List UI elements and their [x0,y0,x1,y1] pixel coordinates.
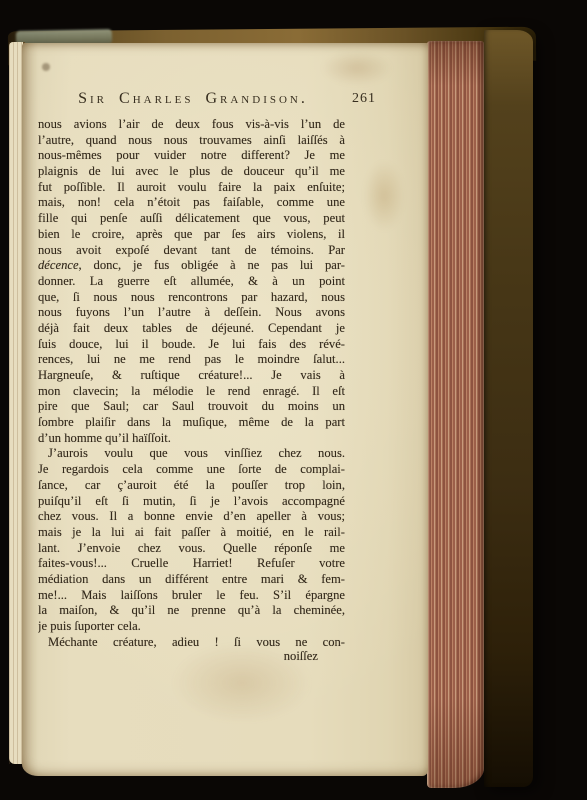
text-line: ſance, car ç’auroit été la pouſſer trop … [38,478,345,494]
text-line: décence, donc, je fus obligée à ne pas l… [38,258,345,274]
text-line: ſombre plaiſir dans la muſique, même de … [38,415,345,431]
catchword: noiſſez [38,649,318,665]
text-line: je puis ſuporter cela. [38,619,345,635]
book-page: Sir Charles Grandison. 261 nous avions l… [22,43,428,776]
text-line: d’un homme qu’il haïſſoit. [38,431,345,447]
text-line: rences, lui ne me rend pas le moindre ſa… [38,352,345,368]
text-block: nous avions l’air de deux fous vis-à-vis… [38,117,345,650]
text-line: Hargneuſe, & ruſtique créature!... Je va… [38,368,345,384]
text-line: mais je la lui ai fait paſſer à moitié, … [38,525,345,541]
page-stain [42,63,50,71]
text-line: l’autre, quand nous nous trouvames ainſi… [38,133,345,149]
text-line: puiſqu’il eſt ſi mutin, ſi je l’avois ac… [38,494,345,510]
text-line: ſuis douce, lui il boude. Je lui fais de… [38,337,345,353]
text-line: mais, non! cela n’étoit pas faiſable, co… [38,195,345,211]
text-line: déjà fait deux tables de déjeuné. Cepend… [38,321,345,337]
text-line: médiation dans un différent entre mari &… [38,572,345,588]
text-line: nous-mêmes pour vuider notre different? … [38,148,345,164]
text-line: nous avions l’air de deux fous vis-à-vis… [38,117,345,133]
text-line: donner. La guerre eſt allumée, & à un po… [38,274,345,290]
text-line: la maiſon, & qu’il ne prenne qu’à la che… [38,603,345,619]
text-line: Je regardois cela comme une ſorte de com… [38,462,345,478]
text-line: me!... Mais laiſſons bruler le feu. S’il… [38,588,345,604]
page-stain [322,51,392,85]
running-head-title: Sir Charles Grandison. [38,90,374,108]
text-line: fut poſſible. Il auroit voulu faire la p… [38,180,345,196]
photo-background: Sir Charles Grandison. 261 nous avions l… [0,0,587,800]
book-back-cover [484,30,533,787]
page-number: 261 [352,91,376,107]
text-line: lant. J’envoie chez vous. Quelle réponſe… [38,541,345,557]
text-line: J’aurois voulu que vous vinſſiez chez no… [38,446,345,462]
text-line: nous fuyons l’un l’autre à deſſein. Nous… [38,305,345,321]
text-line: pire que Saul; car Saul trouvoit du moin… [38,399,345,415]
page-stain [364,161,404,231]
text-line: fille qui penſe auſſi délicatement que v… [38,211,345,227]
text-line: que, ſi nous nous rencontrons par hazard… [38,290,345,306]
text-line: bien le croire, après que par ſes airs v… [38,227,345,243]
text-line: plaignis de lui avec le plus de douceur … [38,164,345,180]
running-head: Sir Charles Grandison. 261 [38,90,374,108]
text-line: chez vous. Il a bonne envie d’en apeller… [38,509,345,525]
fore-edge-pages [427,41,484,788]
text-line: nous avoit expoſé devant tant de témoins… [38,243,345,259]
text-line: mon clavecin; la mélodie le rend enragé.… [38,384,345,400]
text-line: faites-vous!... Cruelle Harriet! Refuſer… [38,556,345,572]
paper-chainlines [9,42,23,764]
